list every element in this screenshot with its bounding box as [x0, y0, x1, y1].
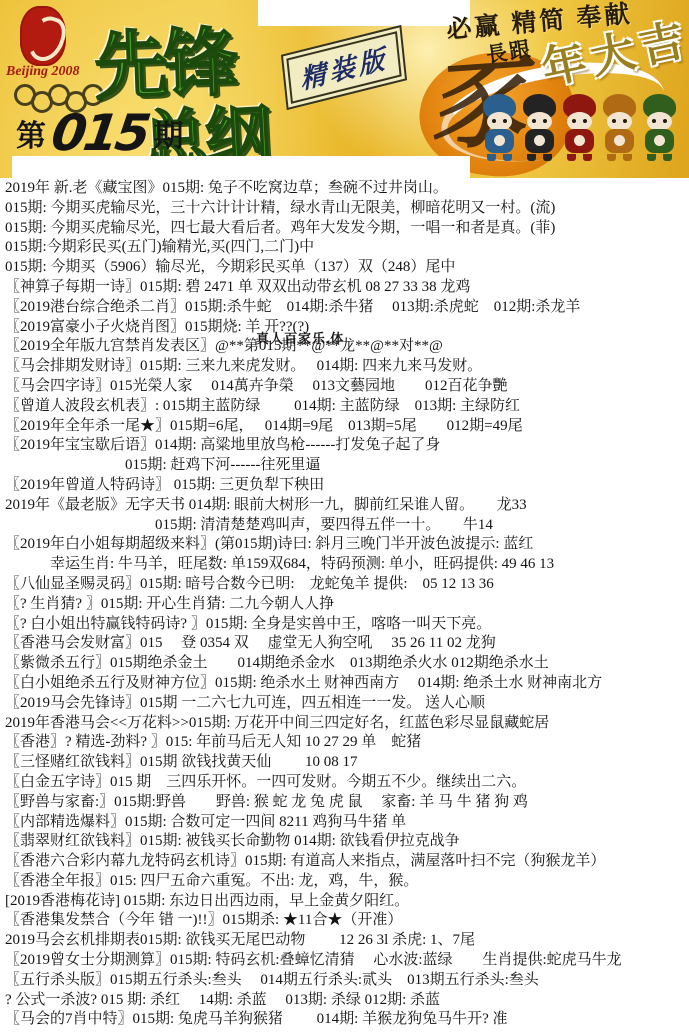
fuwa-mascot-icon	[482, 94, 517, 166]
text-line: 015期: 今期买（5906）输尽光，今期彩民买单（137）双（248）尾中	[5, 258, 689, 278]
text-line: ? 公式一杀波? 015 期: 杀红 14期: 杀蓝 013期: 杀绿 012期…	[5, 991, 689, 1011]
text-line: 015期: 今期买虎输尽光，三十六计计计精，绿水青山无限美，柳暗花明又一村。(流…	[5, 199, 689, 219]
text-line: 〖白小姐绝杀五行及财神方位〗015期: 绝杀水土 财神西南方 014期: 绝杀土…	[5, 674, 689, 694]
fuwa-mascots	[482, 94, 677, 166]
text-line: 幸运生肖: 牛马羊，旺尾数: 单159双684，特码预测: 单小，旺码提供: 4…	[5, 555, 689, 575]
text-line: 〖八仙显圣赐灵码〗015期: 暗号合数今已明: 龙蛇兔羊 提供: 05 12 1…	[5, 575, 689, 595]
edition-badge-label: 精装版	[286, 31, 401, 104]
text-line: 〖2019曾女士分期测算〗015期: 特码玄机:叠蟑忆清猜 心水波:蓝绿 生肖提…	[5, 951, 689, 971]
text-line: 〖2019年宝宝歇后语〗014期: 高粱地里放鸟枪------打发兔子起了身	[5, 436, 689, 456]
text-line: 〖香港马会发财富〗015 登 0354 双 虚堂无人狗空吼 35 26 11 0…	[5, 634, 689, 654]
text-line: 〖马会的7肖中特〗015期: 兔虎马羊狗猴猪 014期: 羊猴龙狗兔马牛开? 准	[5, 1010, 689, 1030]
text-line: 〖曾道人波段玄机表〗: 015期主蓝防绿 014期: 主蓝防绿 013期: 主绿…	[5, 397, 689, 417]
masthead: Beijing 2008 先锋 总纲 第 015 期 精装版 必赢 精简 奉献 …	[0, 0, 689, 178]
issue-number: 第 015 期	[16, 110, 183, 156]
text-line: 〖紫微杀五行〗015期绝杀金土 014期绝杀金水 013期绝杀火水 012期绝杀…	[5, 654, 689, 674]
text-line: 015期:今期彩民买(五门)输精光,买(四门,二门)中	[5, 238, 689, 258]
text-line: 〖香港全年报〗015: 四尸五命六重冤。不出: 龙，鸡，牛，猴。	[5, 872, 689, 892]
fuwa-mascot-icon	[602, 94, 637, 166]
text-line: 〖三怪赌红欲钱料〗015期 欲钱找黄天仙 10 08 17	[5, 753, 689, 773]
text-line: 015期: 清清楚楚鸡叫声，要四得五伴一十。 牛14	[5, 516, 689, 536]
text-line: 〖2019年曾道人特码诗〗 015期: 三更负犁下秧田	[5, 476, 689, 496]
beijing-2008-wordmark: Beijing 2008	[6, 64, 106, 80]
text-line: 〖? 生肖猜? 〗015期: 开心生肖猜: 二九今朝人人挣	[5, 595, 689, 615]
text-line: 〖马会排期发财诗〗015期: 三来九来虎发财。 014期: 四来九来马发财。	[5, 357, 689, 377]
tip-lines: 2019年 新.老《藏宝图》015期: 兔子不吃窝边草；叁碗不过井岗山。015期…	[5, 179, 689, 1030]
text-line: 〖2019港台综合绝杀二肖〗015期:杀牛蛇 014期:杀牛猪 013期:杀虎蛇…	[5, 298, 689, 318]
text-line: 〖2019年全年杀一尾★〗015期=6尾， 014期=9尾 013期=5尾 01…	[5, 417, 689, 437]
watermark-text: 真人百家乐.体	[256, 328, 344, 347]
edition-badge: 精装版	[281, 25, 407, 110]
fuwa-mascot-icon	[522, 94, 557, 166]
text-line: 〖翡翠财红欲钱料〗015期: 被钱买长命勤物 014期: 欲钱看伊拉克战争	[5, 832, 689, 852]
text-line: 〖五行杀头版〗015期五行杀头:叁头 014期五行杀头:贰头 013期五行杀头:…	[5, 971, 689, 991]
lottery-tip-sheet: Beijing 2008 先锋 总纲 第 015 期 精装版 必赢 精简 奉献 …	[0, 0, 689, 1033]
text-line: 〖内部精选爆料〗015期: 合数可定一四间 8211 鸡狗马牛猪 单	[5, 813, 689, 833]
text-line: 〖白金五字诗〗015 期 三四乐开怀。一四可发财。今期五不少。继续出二六。	[5, 773, 689, 793]
text-line: 〖马会四字诗〗015光榮人家 014萬卉争榮 013文藝园地 012百花争艷	[5, 377, 689, 397]
text-line: 〖神算子每期一诗〗015期: 碧 2471 单 双双出动带玄机 08 27 33…	[5, 278, 689, 298]
text-line: 2019年《最老版》无字天书 014期: 眼前大树形一九，脚前红呆谁人留。 龙3…	[5, 496, 689, 516]
issue-value: 015	[49, 110, 151, 156]
text-line: 〖香港集发禁合（今年 错 一)!!〗015期杀: ★11合★（开准）	[5, 911, 689, 931]
text-line: 〖2019富豪小子火烧肖图〗015期烧: 羊 开??(?)	[5, 318, 689, 338]
text-line: 〖2019年白小姐每期超级来料〗(第015期)诗曰: 斜月三晚门半开波色波提示:…	[5, 535, 689, 555]
white-patch-bottom	[12, 156, 470, 178]
text-line: 015期: 赶鸡下河------往死里逼	[5, 456, 689, 476]
white-patch-top	[258, 0, 470, 26]
text-line: 〖2019马会先锋诗〗015期 一二六七九可连，四五相连一一发。 送人心顺	[5, 694, 689, 714]
text-line: 〖香港〗? 精选-劲料? 〗015: 年前马后无人知 10 27 29 单 蛇猪	[5, 733, 689, 753]
text-line: 〖野兽与家畜:〗015期:野兽 野兽: 猴 蛇 龙 兔 虎 鼠 家畜: 羊 马 …	[5, 793, 689, 813]
text-line: 2019年香港马会<<万花料>>015期: 万花开中间三四定好名，红蓝色彩尽显鼠…	[5, 714, 689, 734]
text-line: 〖香港六合彩内幕九龙特码玄机诗〗015期: 有道高人来指点，满屋落叶扫不完（狗猴…	[5, 852, 689, 872]
fuwa-mascot-icon	[642, 94, 677, 166]
text-line: 〖2019全年版九宫禁肖发表区〗@**第015期**@**龙**@**对**@	[5, 337, 689, 357]
beijing-2008-emblem-icon	[20, 6, 66, 66]
text-line: [2019香港梅花诗] 015期: 东边日出西边雨，早上金黄夕阳红。	[5, 892, 689, 912]
issue-prefix: 第	[16, 111, 46, 155]
issue-suffix: 期	[153, 111, 183, 155]
text-line: 015期: 今期买虎输尽光，四七最大看后者。鸡年大发发今期，一唱一和者是真。(菲…	[5, 219, 689, 239]
text-line: 2019马会玄机排期表015期: 欲钱买无尾巴动物 12 26 3l 杀虎: 1…	[5, 931, 689, 951]
text-line: 2019年 新.老《藏宝图》015期: 兔子不吃窝边草；叁碗不过井岗山。	[5, 179, 689, 199]
fuwa-mascot-icon	[562, 94, 597, 166]
text-line: 〖? 白小姐出特赢钱特码诗? 〗015期: 全身是实兽中王，喀咯一叫天下亮。	[5, 615, 689, 635]
